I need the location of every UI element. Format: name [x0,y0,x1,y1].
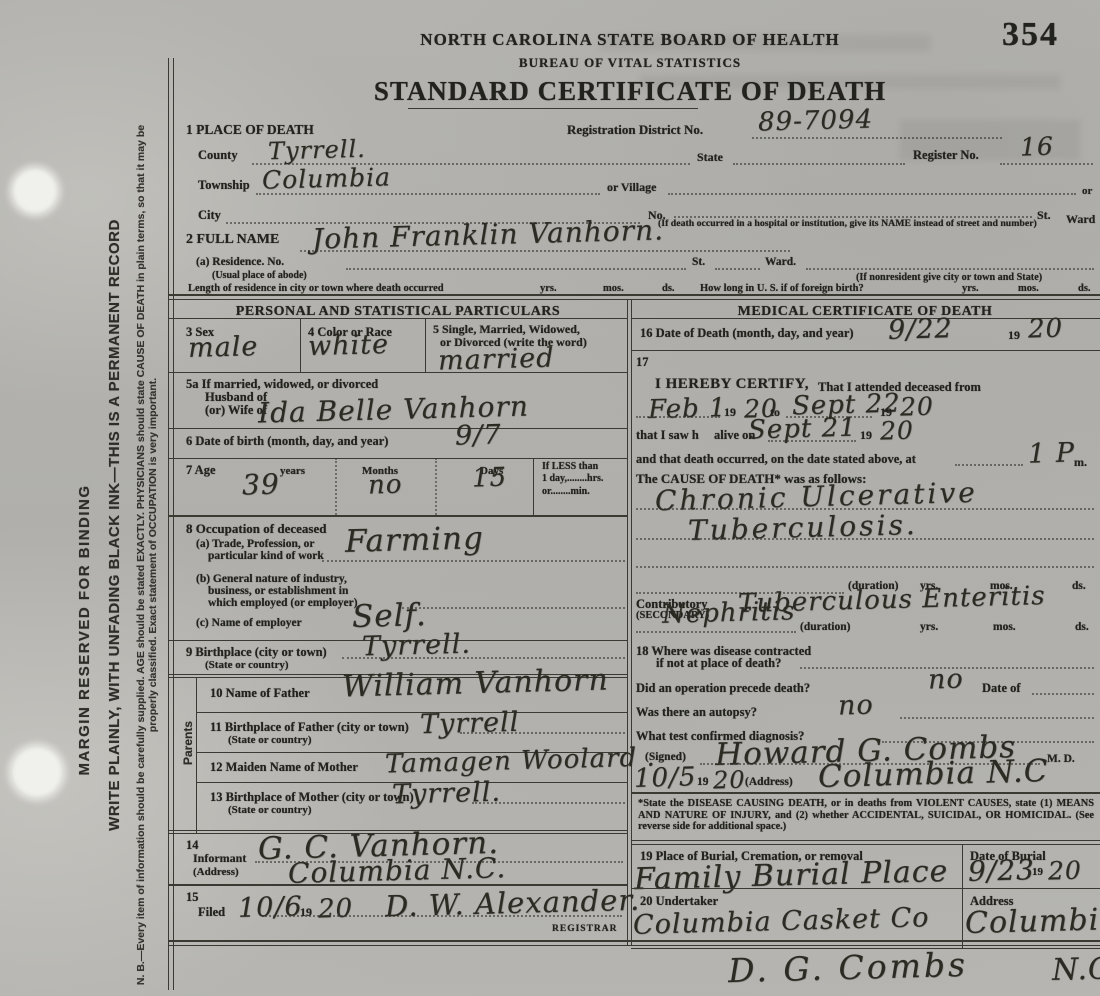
printed-year-19: 19 [1032,866,1043,878]
burial-cell-divider [962,844,963,948]
rule [168,318,627,319]
saw-alive-label: that I saw h [636,428,699,443]
dob-label: 6 Date of birth (month, day, and year) [186,434,388,449]
dotted-rule [768,440,856,442]
mos-label: mos. [603,283,624,294]
cell-divider [425,318,426,372]
operation-label: Did an operation precede death? [636,681,810,696]
printed-year-19: 19 [300,905,312,920]
father-name-value: William Vanhorn [342,663,610,705]
dotted-rule [636,566,1094,568]
printed-year-19: 19 [1008,328,1020,343]
burial-place-value: Family Burial Place [634,854,949,897]
yrs-label: yrs. [920,621,938,633]
signed-label: (Signed) [645,751,686,763]
city-label: City [198,208,221,223]
death-time-value: 1 P [1028,437,1076,469]
residence-st-label: St. [692,256,705,268]
attended-from-value: Feb 1 [648,393,727,425]
rule [631,888,1100,889]
father-birthplace-sub: (State or country) [228,734,312,746]
cause-of-death-line2: Tuberculosis. [688,508,919,547]
less-than-label: or........min. [542,486,590,497]
signed-date-value: 10/5 [634,762,697,794]
undertaker-signature-state: N.C. [1052,951,1100,988]
duration-label: (duration) [800,621,850,633]
death-occurred-label: and that death occurred, on the date sta… [636,452,916,467]
header-board: NORTH CAROLINA STATE BOARD OF HEALTH [180,30,1080,50]
filed-no: 15 [186,890,199,905]
dotted-rule [636,631,796,633]
registrar-signature: D. W. Alexander. [385,883,641,924]
death-certificate-scan: MARGIN RESERVED FOR BINDING WRITE PLAINL… [0,0,1100,996]
county-value: Tyrrell. [268,135,366,166]
occupation-a-label: (a) Trade, Profession, or [196,538,315,550]
dotted-rule [636,416,720,418]
printed-year-19: 19 [860,428,872,443]
dotted-rule [636,538,1094,540]
mother-birthplace-sub: (State or country) [228,804,312,816]
parents-box-left [196,677,197,833]
printed-year-19: 19 [697,776,709,788]
margin-nb-note: N. B.—Every item of information should b… [135,118,159,992]
age-years-label: years [280,465,305,477]
rule [168,428,627,429]
date-of-death-label: 16 Date of Death (month, day, and year) [640,326,854,341]
occupation-b-label: which employed (or employer) [208,597,358,609]
reg-district-label: Registration District No. [567,122,703,138]
form-left-border [168,58,169,990]
burial-box-top [631,844,1100,845]
occupation-a-label: particular kind of work [208,550,324,562]
occupation-c-label: (c) Name of employer [196,617,302,629]
mother-birthplace-value: Tyrrell. [392,777,502,811]
filed-year-value: 20 [318,894,354,925]
birthplace-label: 9 Birthplace (city or town) [186,645,327,660]
date-of-death-value: 9/22 [888,313,953,346]
registrar-label: REGISTRAR [552,924,618,934]
header-title: STANDARD CERTIFICATE OF DEATH [180,76,1080,107]
yrs-label: yrs. [540,283,557,294]
village-label: or Village [607,180,656,195]
mother-name-label: 12 Maiden Name of Mother [210,760,358,775]
rule [168,372,627,373]
certify-label: I HEREBY CERTIFY, [655,376,809,393]
township-value: Columbia [262,162,392,194]
rule [196,712,627,713]
mos-label: mos. [1018,283,1039,294]
margin-binding-text: MARGIN RESERVED FOR BINDING [76,324,93,936]
age-months-value: no [368,470,403,501]
ds-label: ds. [1075,621,1089,633]
mos-label: mos. [993,621,1016,633]
hospital-note: (If death occurred in a hospital or inst… [658,218,1037,229]
occupation-a-value: Farming [345,520,485,560]
column-divider [631,299,632,945]
mother-name-value: Tamagen Woolard . [385,742,656,779]
birthplace-sub: (State or country) [205,659,289,671]
form-left-border [173,58,174,990]
township-label: Township [198,178,250,193]
dotted-rule [1000,163,1093,165]
undertaker-signature: D. G. Combs [728,945,969,990]
howlong-label: How long in U. S. if of foreign birth? [700,283,864,294]
dotted-rule [955,464,1023,466]
undertaker-address-value: Columbia [965,902,1100,941]
mother-birthplace-label: 13 Birthplace of Mother (city or town) [210,790,414,805]
dotted-rule [346,268,686,270]
occupation-label: 8 Occupation of deceased [186,521,326,537]
cell-divider [533,458,534,515]
undertaker-value: Columbia Casket Co [633,902,930,941]
dotted-rule [300,250,790,252]
dotted-rule [752,137,1002,139]
rule [631,350,1100,351]
filed-date-value: 10/6 [238,891,303,924]
dotted-rule [900,717,1094,719]
abode-note: (Usual place of abode) [212,270,307,281]
city-ward-label: Ward [1066,212,1095,227]
length-residence-label: Length of residence in city or town wher… [188,283,444,294]
cell-divider [435,458,437,515]
dotted-rule [402,607,625,609]
nonresident-note: (If nonresident give city or town and St… [856,272,1042,283]
dotted-rule [733,163,905,165]
md-label: M. D. [1047,753,1075,765]
ds-label: ds. [1078,283,1091,294]
punch-hole-bottom [11,746,63,798]
occupation-b-label: (b) General nature of industry, [196,573,347,585]
race-value: white [308,329,390,362]
occupation-b-label: business, or establishment in [208,585,348,597]
burial-date-year: 20 [1048,856,1083,886]
less-than-label: If LESS than [542,461,598,472]
section-full-name: 2 FULL NAME [186,232,279,248]
burial-box-top [631,840,1100,841]
less-than-label: 1 day,........hrs. [542,473,603,484]
autopsy-value: no [838,690,874,722]
burial-date-value: 9/23 [968,853,1036,888]
date-of-label: Date of [982,681,1021,696]
father-birthplace-value: Tyrrell [420,707,520,741]
m-label: m. [1074,455,1087,470]
printed-year-19: 19 [724,405,736,420]
date-of-death-year: 20 [1028,314,1064,345]
city-st-label: St. [1037,208,1051,223]
age-label: 7 Age [186,463,216,478]
section-divider [168,299,1100,300]
parents-vertical-label: Parents [181,688,195,798]
column-divider [627,299,628,945]
address-label: (Address) [745,776,793,788]
margin-ink-text: WRITE PLAINLY, WITH UNFADING BLACK INK—T… [106,58,123,992]
yrs-label: yrs. [962,283,979,294]
dob-value: 9/7 [455,419,502,451]
signed-year-value: 20 [713,766,746,795]
filed-label: Filed [198,905,225,920]
punch-hole-top [12,168,58,214]
section-divider [168,294,1100,296]
rule [631,792,1100,794]
dotted-rule [715,268,760,270]
physician-address-value: Columbia N.C [818,753,1049,795]
birthplace-value: Tyrrell. [362,629,472,663]
register-no-value: 16 [1020,132,1055,162]
or-label: or [1082,185,1092,197]
reg-district-value: 89-7094 [758,104,874,137]
dotted-rule [806,268,1094,270]
contributory-value2: Nephritis [662,596,796,629]
rule [168,515,627,517]
informant-address-label: (Address) [193,866,239,878]
saw-alive-year: 20 [880,416,915,446]
dotted-rule [256,193,600,195]
sex-value: male [188,331,259,364]
disease-contracted-label: if not at place of death? [656,656,781,671]
county-label: County [198,148,238,163]
register-no-label: Register No. [913,148,979,163]
state-label: State [697,150,723,165]
title-underline [408,108,698,109]
cell-divider [335,458,337,515]
item-17: 17 [636,355,649,370]
residence-label: (a) Residence. No. [196,256,284,268]
ds-label: ds. [662,283,675,294]
father-birthplace-label: 11 Birthplace of Father (city or town) [210,720,409,735]
father-name-label: 10 Name of Father [210,686,310,701]
rule [168,458,627,459]
operation-value: no [928,664,964,696]
dotted-rule [1032,693,1094,695]
cell-divider [300,318,301,372]
cause-footnote: *State the DISEASE CAUSING DEATH, or in … [638,798,1094,833]
header-bureau: BUREAU OF VITAL STATISTICS [180,55,1080,71]
age-years-value: 39 [242,468,280,502]
autopsy-label: Was there an autopsy? [636,705,757,720]
dotted-rule [668,193,1076,195]
undertaker-label: 20 Undertaker [640,894,718,909]
dotted-rule [322,560,625,562]
age-days-value: 15 [472,463,508,494]
residence-ward-label: Ward. [765,256,796,268]
informant-label: Informant [193,851,246,866]
ds-label: ds. [1072,580,1086,592]
